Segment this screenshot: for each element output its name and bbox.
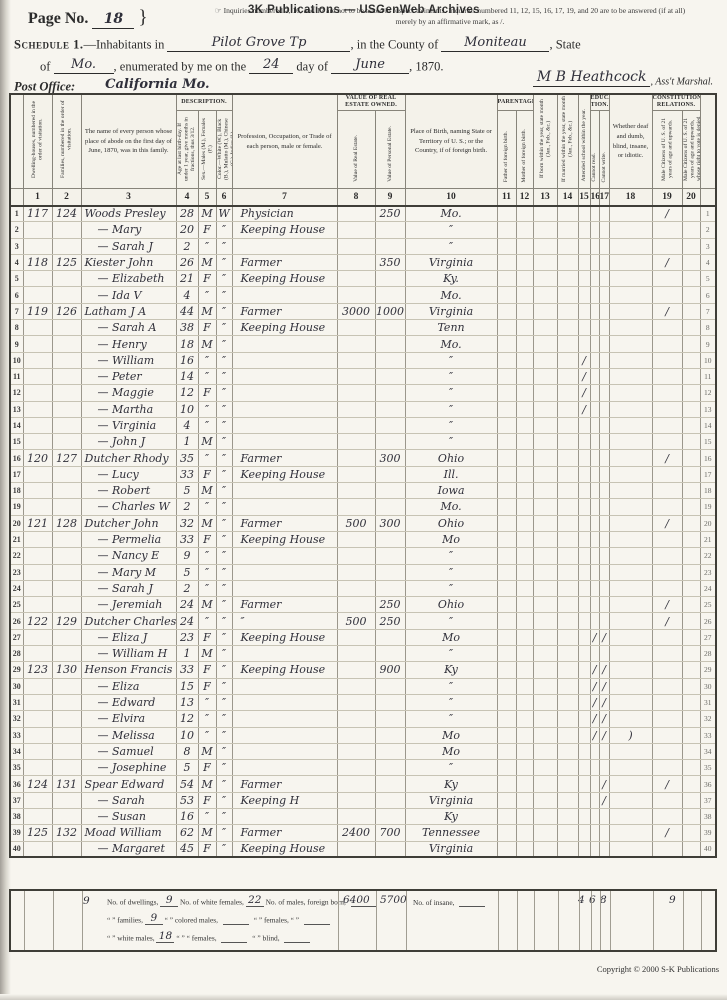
dwelling-number xyxy=(23,320,52,336)
row-number: 7 xyxy=(10,303,23,319)
column-header-cannot-write: Cannot write. xyxy=(599,110,609,188)
disability-note xyxy=(609,776,652,792)
age: 32 xyxy=(176,515,198,531)
color: ″ xyxy=(216,694,232,710)
row-number-right: 30 xyxy=(700,678,716,694)
birth-month xyxy=(533,206,557,222)
row-number: 34 xyxy=(10,743,23,759)
birth-month xyxy=(533,466,557,482)
footer-line-3: “ ” white males, 18 “ ” “ females, “ ” b… xyxy=(107,931,313,943)
person-name: — Charles W xyxy=(81,499,176,515)
personal-estate-total: 5700 xyxy=(380,894,407,906)
attended-school-mark xyxy=(578,515,590,531)
attended-school-mark xyxy=(578,483,590,499)
row-number: 6 xyxy=(10,287,23,303)
mother-foreign-mark xyxy=(516,808,533,824)
male-citizen-mark xyxy=(652,694,682,710)
colored-males-blank xyxy=(223,916,249,925)
column-number: 14 xyxy=(557,189,578,206)
disability-note xyxy=(609,597,652,613)
disability-note xyxy=(609,711,652,727)
footer-column-rule xyxy=(376,891,377,950)
vote-denied-mark xyxy=(682,352,700,368)
cannot-write-mark xyxy=(599,646,609,662)
occupation xyxy=(232,646,337,662)
cannot-read-mark xyxy=(590,646,599,662)
census-table: Dwelling-houses, numbered in the order o… xyxy=(9,93,717,858)
page-no-label: Page No. xyxy=(28,10,88,27)
real-estate-value xyxy=(337,385,375,401)
column-header-color: Color.—White (W.), Black (B.), Mulatto (… xyxy=(216,110,232,188)
cannot-write-mark xyxy=(599,760,609,776)
attended-school-mark xyxy=(578,222,590,238)
occupation xyxy=(232,727,337,743)
row-number: 29 xyxy=(10,662,23,678)
personal-estate-value: 1000 xyxy=(375,303,405,319)
male-citizen-mark: / xyxy=(652,597,682,613)
real-estate-value xyxy=(337,792,375,808)
cannot-write-mark xyxy=(599,450,609,466)
row-number: 25 xyxy=(10,597,23,613)
cannot-read-mark: / xyxy=(590,711,599,727)
birth-month xyxy=(533,254,557,270)
person-name: — Margaret xyxy=(81,841,176,857)
family-number xyxy=(52,483,81,499)
real-estate-value xyxy=(337,597,375,613)
father-foreign-mark xyxy=(497,450,516,466)
father-foreign-mark xyxy=(497,678,516,694)
row-number-right: 6 xyxy=(700,287,716,303)
group-header-education: Educa-tion. xyxy=(590,94,609,110)
cannot-write-total: 8 xyxy=(600,894,607,906)
footer-column-rule xyxy=(591,891,592,950)
marriage-month xyxy=(557,499,578,515)
age: 9 xyxy=(176,548,198,564)
cannot-read-mark xyxy=(590,287,599,303)
totals-footer: 9 No. of dwellings, 9 No. of white femal… xyxy=(9,889,717,952)
column-number: 11 xyxy=(497,189,516,206)
vote-denied-mark xyxy=(682,222,700,238)
cannot-write-mark xyxy=(599,368,609,384)
birthplace: Mo. xyxy=(405,206,497,222)
occupation: Keeping House xyxy=(232,466,337,482)
disability-note xyxy=(609,548,652,564)
mother-foreign-mark xyxy=(516,776,533,792)
age: 15 xyxy=(176,678,198,694)
county-value: Moniteau xyxy=(441,36,549,52)
vote-denied-mark xyxy=(682,825,700,841)
table-row: 1117124Woods Presley28MWPhysician250Mo./… xyxy=(10,206,716,222)
color: ″ xyxy=(216,303,232,319)
birthplace: ″ xyxy=(405,613,497,629)
disability-note xyxy=(609,303,652,319)
cannot-read-mark xyxy=(590,466,599,482)
cannot-write-mark: / xyxy=(599,662,609,678)
footer-column-rule xyxy=(338,891,339,950)
mother-foreign-mark xyxy=(516,646,533,662)
table-row: 13— Martha10″″″/13 xyxy=(10,401,716,417)
marriage-month xyxy=(557,629,578,645)
mother-foreign-mark xyxy=(516,694,533,710)
family-number xyxy=(52,287,81,303)
real-estate-value xyxy=(337,743,375,759)
marriage-month xyxy=(557,483,578,499)
father-foreign-mark xyxy=(497,206,516,222)
male-citizen-mark xyxy=(652,352,682,368)
post-office-value: California Mo. xyxy=(78,78,236,94)
row-number-right: 14 xyxy=(700,417,716,433)
family-number xyxy=(52,320,81,336)
column-header-occupation: Profession, Occupation, or Trade of each… xyxy=(232,94,337,189)
birth-month xyxy=(533,760,557,776)
person-name: — John J xyxy=(81,434,176,450)
vote-denied-mark xyxy=(682,303,700,319)
dwelling-number xyxy=(23,352,52,368)
birth-month xyxy=(533,271,557,287)
row-number-right: 31 xyxy=(700,694,716,710)
row-number-right: 17 xyxy=(700,466,716,482)
color: ″ xyxy=(216,254,232,270)
real-estate-value xyxy=(337,841,375,857)
color: ″ xyxy=(216,597,232,613)
marriage-month xyxy=(557,385,578,401)
father-foreign-mark xyxy=(497,662,516,678)
table-row: 4118125Kiester John26M″Farmer350Virginia… xyxy=(10,254,716,270)
color: ″ xyxy=(216,434,232,450)
occupation: Keeping House xyxy=(232,320,337,336)
disability-note xyxy=(609,417,652,433)
table-row: 38— Susan16″″Ky38 xyxy=(10,808,716,824)
birthplace: Ky. xyxy=(405,271,497,287)
age: 16 xyxy=(176,808,198,824)
table-body: 1117124Woods Presley28MWPhysician250Mo./… xyxy=(10,206,716,858)
mother-foreign-mark xyxy=(516,417,533,433)
table-row: 33— Melissa10″″Mo//)33 xyxy=(10,727,716,743)
footer-column-rule xyxy=(653,891,654,950)
birthplace: Mo. xyxy=(405,336,497,352)
marriage-month xyxy=(557,320,578,336)
color: ″ xyxy=(216,743,232,759)
cannot-write-mark xyxy=(599,841,609,857)
sex: M xyxy=(198,434,216,450)
marriage-month xyxy=(557,808,578,824)
dwelling-number xyxy=(23,841,52,857)
row-number: 39 xyxy=(10,825,23,841)
mother-foreign-mark xyxy=(516,254,533,270)
row-number-right: 24 xyxy=(700,580,716,596)
table-row: 8— Sarah A38F″Keeping HouseTenn8 xyxy=(10,320,716,336)
color: ″ xyxy=(216,336,232,352)
birthplace: ″ xyxy=(405,352,497,368)
father-foreign-mark xyxy=(497,776,516,792)
family-number xyxy=(52,792,81,808)
father-foreign-mark xyxy=(497,613,516,629)
row-number-right: 9 xyxy=(700,336,716,352)
row-number: 23 xyxy=(10,564,23,580)
personal-estate-value: 250 xyxy=(375,206,405,222)
disability-note xyxy=(609,368,652,384)
family-number xyxy=(52,548,81,564)
real-estate-value: 500 xyxy=(337,515,375,531)
family-number xyxy=(52,694,81,710)
dwelling-number xyxy=(23,271,52,287)
mother-foreign-mark xyxy=(516,727,533,743)
birthplace: ″ xyxy=(405,646,497,662)
father-foreign-mark xyxy=(497,808,516,824)
birth-month xyxy=(533,238,557,254)
footer-column-rule xyxy=(53,891,54,950)
occupation xyxy=(232,238,337,254)
row-number-right: 3 xyxy=(700,238,716,254)
real-estate-value xyxy=(337,450,375,466)
cannot-read-mark xyxy=(590,808,599,824)
person-name: Dutcher Rhody xyxy=(81,450,176,466)
dwelling-number xyxy=(23,434,52,450)
color: ″ xyxy=(216,483,232,499)
white-females-total: 22 xyxy=(246,895,264,907)
occupation xyxy=(232,548,337,564)
marriage-month xyxy=(557,222,578,238)
colored-males-label: “ ” colored males, xyxy=(165,916,218,925)
family-number xyxy=(52,271,81,287)
footer-column-rule xyxy=(498,891,499,950)
vote-denied-mark xyxy=(682,678,700,694)
family-number: 129 xyxy=(52,613,81,629)
male-citizen-mark xyxy=(652,841,682,857)
father-foreign-mark xyxy=(497,694,516,710)
sex: ″ xyxy=(198,287,216,303)
footer-column-rule xyxy=(534,891,535,950)
column-header-real-estate: Value of Real Estate. xyxy=(337,110,375,188)
birth-month xyxy=(533,743,557,759)
age: 2 xyxy=(176,580,198,596)
disability-note xyxy=(609,271,652,287)
attended-school-mark xyxy=(578,206,590,222)
brace-glyph: } xyxy=(138,7,147,28)
cannot-read-mark: / xyxy=(590,629,599,645)
male-citizen-mark xyxy=(652,727,682,743)
personal-estate-value xyxy=(375,580,405,596)
row-number-right: 15 xyxy=(700,434,716,450)
father-foreign-mark xyxy=(497,727,516,743)
sex: F xyxy=(198,629,216,645)
person-name: — William H xyxy=(81,646,176,662)
father-foreign-mark xyxy=(497,483,516,499)
table-row: 15— John J1M″″15 xyxy=(10,434,716,450)
occupation: Farmer xyxy=(232,450,337,466)
column-header-personal-estate: Value of Personal Estate. xyxy=(375,110,405,188)
father-foreign-mark xyxy=(497,417,516,433)
vote-denied-mark xyxy=(682,320,700,336)
mother-foreign-mark xyxy=(516,841,533,857)
footer-column-rule xyxy=(24,891,25,950)
occupation xyxy=(232,711,337,727)
cannot-read-mark xyxy=(590,483,599,499)
month-value: June xyxy=(331,58,409,74)
real-estate-value xyxy=(337,401,375,417)
table-row: 28— William H1M″″28 xyxy=(10,646,716,662)
row-number-right: 38 xyxy=(700,808,716,824)
birthplace: Mo xyxy=(405,743,497,759)
sex: F xyxy=(198,662,216,678)
birthplace: ″ xyxy=(405,564,497,580)
occupation xyxy=(232,385,337,401)
citizen-total: 9 xyxy=(669,894,676,906)
age: 20 xyxy=(176,222,198,238)
male-citizen-mark xyxy=(652,483,682,499)
occupation xyxy=(232,678,337,694)
sex: ″ xyxy=(198,808,216,824)
family-number xyxy=(52,760,81,776)
real-estate-value xyxy=(337,417,375,433)
sex: F xyxy=(198,760,216,776)
sex: ″ xyxy=(198,711,216,727)
person-name: — Eliza J xyxy=(81,629,176,645)
marriage-month xyxy=(557,401,578,417)
person-name: — Sarah A xyxy=(81,320,176,336)
birth-month xyxy=(533,629,557,645)
family-number xyxy=(52,417,81,433)
dwelling-number xyxy=(23,336,52,352)
column-header-father-foreign: Father of foreign birth. xyxy=(497,110,516,188)
father-foreign-mark xyxy=(497,646,516,662)
attended-school-mark xyxy=(578,238,590,254)
cannot-write-mark xyxy=(599,483,609,499)
row-number-right: 2 xyxy=(700,222,716,238)
footer-line-2: “ ” families, 9 “ ” colored males, “ ” f… xyxy=(107,913,333,925)
birth-month xyxy=(533,727,557,743)
father-foreign-mark xyxy=(497,336,516,352)
row-number-right: 25 xyxy=(700,597,716,613)
person-name: — Melissa xyxy=(81,727,176,743)
column-numbers-row: 1234567891011121314151617181920 xyxy=(10,189,716,206)
sex: ″ xyxy=(198,499,216,515)
color: ″ xyxy=(216,808,232,824)
group-header-constitutional: Constitutional Relations. xyxy=(652,94,700,110)
disability-note xyxy=(609,287,652,303)
age: 2 xyxy=(176,238,198,254)
table-row: 40— Margaret45F″Keeping HouseVirginia40 xyxy=(10,841,716,857)
cannot-write-mark xyxy=(599,515,609,531)
cannot-read-mark xyxy=(590,254,599,270)
personal-estate-value xyxy=(375,808,405,824)
row-number-right: 27 xyxy=(700,629,716,645)
person-name: — Sarah J xyxy=(81,238,176,254)
attended-school-mark: / xyxy=(578,401,590,417)
family-number xyxy=(52,629,81,645)
father-foreign-mark xyxy=(497,401,516,417)
marriage-month xyxy=(557,515,578,531)
person-name: — Josephine xyxy=(81,760,176,776)
personal-estate-value xyxy=(375,222,405,238)
footer-column-rule xyxy=(610,891,611,950)
person-name: — Ida V xyxy=(81,287,176,303)
row-number: 37 xyxy=(10,792,23,808)
color: ″ xyxy=(216,580,232,596)
age: 5 xyxy=(176,760,198,776)
father-foreign-mark xyxy=(497,531,516,547)
column-number: 10 xyxy=(405,189,497,206)
personal-estate-value xyxy=(375,320,405,336)
row-number: 2 xyxy=(10,222,23,238)
attended-school-mark xyxy=(578,646,590,662)
color: ″ xyxy=(216,368,232,384)
blind-label: “ ” blind, xyxy=(252,934,279,943)
family-number xyxy=(52,646,81,662)
cannot-read-mark xyxy=(590,776,599,792)
male-citizen-mark xyxy=(652,385,682,401)
marriage-month xyxy=(557,352,578,368)
column-number: 19 xyxy=(652,189,682,206)
attended-school-mark: / xyxy=(578,385,590,401)
table-row: 36124131Spear Edward54M″FarmerKy//36 xyxy=(10,776,716,792)
cannot-write-mark: / xyxy=(599,711,609,727)
disability-note xyxy=(609,238,652,254)
group-header-value: Value of Real Estate Owned. xyxy=(337,94,405,110)
marriage-month xyxy=(557,254,578,270)
table-row: 31— Edward13″″″//31 xyxy=(10,694,716,710)
real-estate-value xyxy=(337,531,375,547)
table-row: 29123130Henson Francis33F″Keeping House9… xyxy=(10,662,716,678)
cannot-read-mark xyxy=(590,760,599,776)
attended-school-mark xyxy=(578,303,590,319)
personal-estate-value: 300 xyxy=(375,515,405,531)
age: 28 xyxy=(176,206,198,222)
cannot-write-mark xyxy=(599,320,609,336)
birthplace: ″ xyxy=(405,711,497,727)
real-estate-value xyxy=(337,694,375,710)
vote-denied-mark xyxy=(682,499,700,515)
occupation: Keeping H xyxy=(232,792,337,808)
disability-note xyxy=(609,320,652,336)
real-estate-value xyxy=(337,368,375,384)
row-number: 28 xyxy=(10,646,23,662)
male-citizen-mark xyxy=(652,368,682,384)
row-number-right: 1 xyxy=(700,206,716,222)
attended-school-mark xyxy=(578,662,590,678)
birthplace: ″ xyxy=(405,434,497,450)
vote-denied-mark xyxy=(682,483,700,499)
row-number-right: 23 xyxy=(700,564,716,580)
personal-estate-value xyxy=(375,466,405,482)
vote-denied-mark xyxy=(682,271,700,287)
father-foreign-mark xyxy=(497,711,516,727)
dwelling-number xyxy=(23,760,52,776)
color: ″ xyxy=(216,385,232,401)
cannot-write-mark: / xyxy=(599,694,609,710)
vote-denied-mark xyxy=(682,564,700,580)
personal-estate-value xyxy=(375,238,405,254)
cannot-write-mark xyxy=(599,206,609,222)
mother-foreign-mark xyxy=(516,271,533,287)
birth-month xyxy=(533,662,557,678)
person-name: — Jeremiah xyxy=(81,597,176,613)
birthplace: Mo xyxy=(405,629,497,645)
family-number xyxy=(52,711,81,727)
father-foreign-mark xyxy=(497,434,516,450)
birth-month xyxy=(533,287,557,303)
foreign-females-label: “ ” females, “ ” xyxy=(254,916,299,925)
birthplace: ″ xyxy=(405,694,497,710)
vote-denied-mark xyxy=(682,711,700,727)
attended-school-mark xyxy=(578,580,590,596)
cannot-read-mark xyxy=(590,271,599,287)
vote-denied-mark xyxy=(682,238,700,254)
row-number-right: 7 xyxy=(700,303,716,319)
column-header-name: The name of every person whose place of … xyxy=(81,94,176,189)
occupation: Keeping House xyxy=(232,841,337,857)
cannot-read-mark xyxy=(590,597,599,613)
